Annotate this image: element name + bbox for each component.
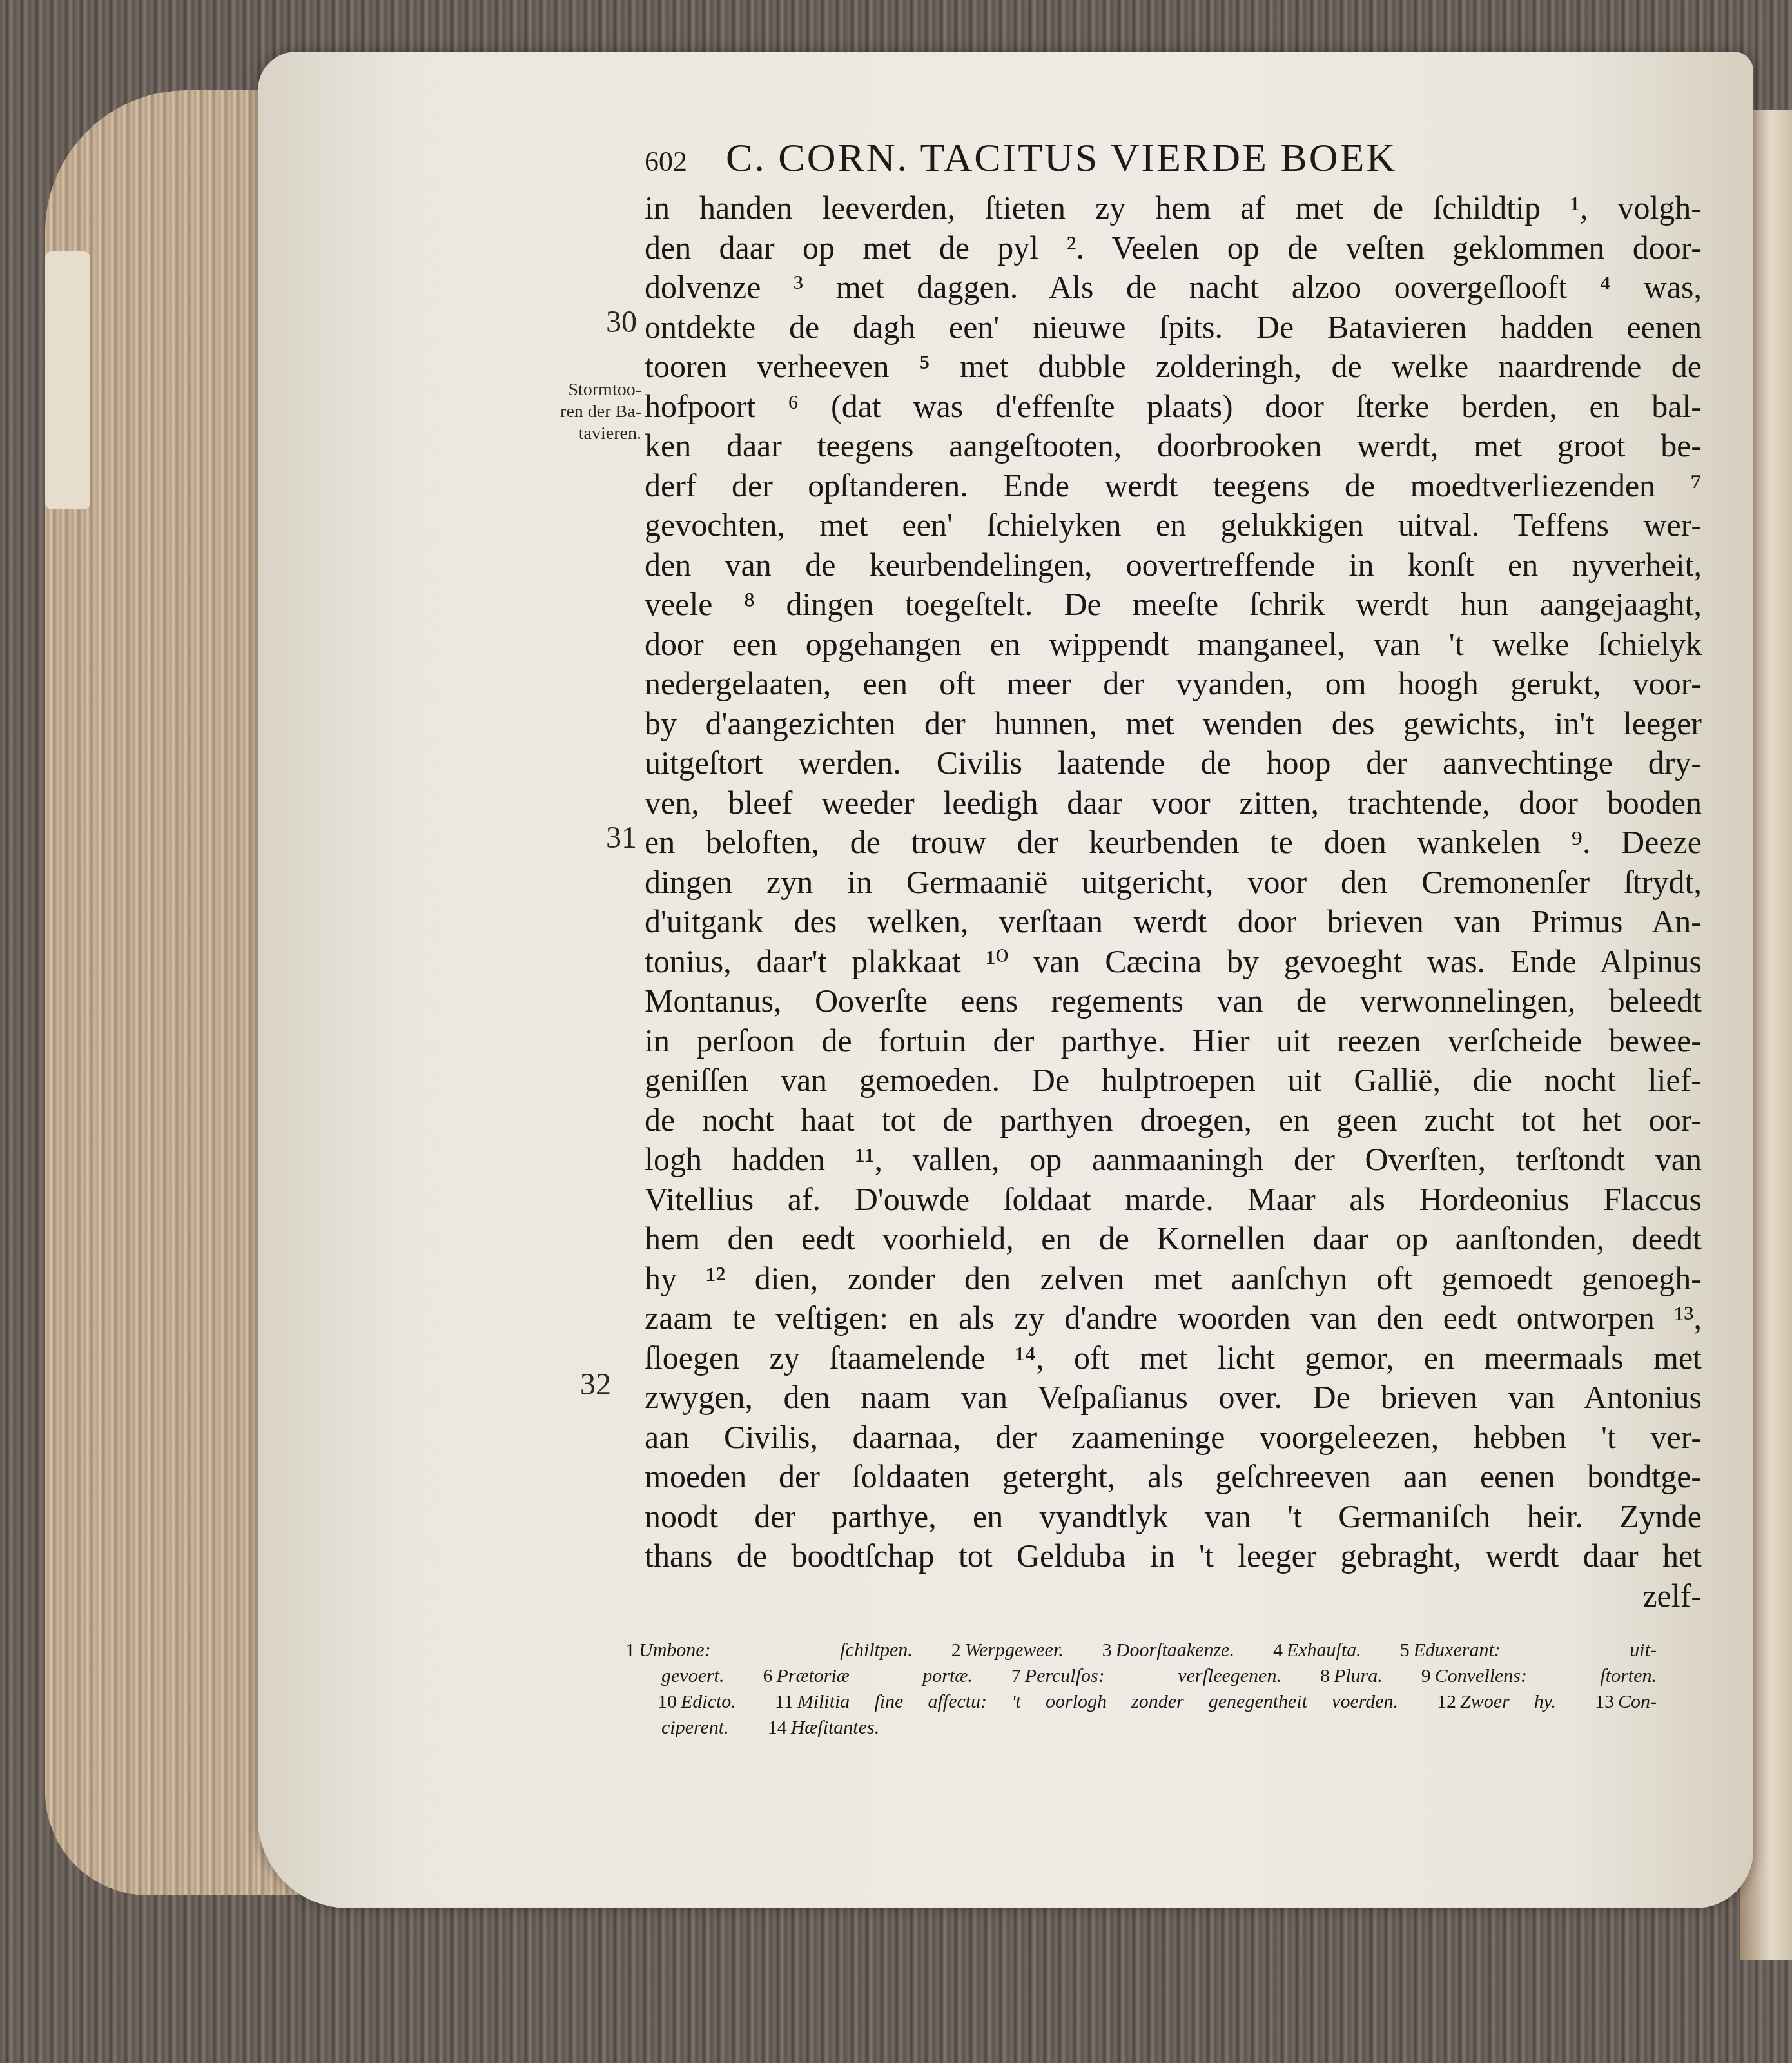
footnote: gevoert. [657,1665,724,1687]
running-head: 602 C. CORN. TACITUS VIERDE BOEK [645,135,1586,181]
marginal-note-line: tavieren. [522,423,641,445]
footnote-text: Plura. [1334,1665,1383,1687]
footnote-number: 12 [1437,1691,1456,1712]
footnote: 9Convellens: ſtorten. [1421,1665,1657,1687]
marginal-note-line: Stormtoo- [522,379,641,401]
footnote-text: Edicto. [681,1691,736,1712]
footnote-text: Militia ſine affectu: 't oorlogh zonder … [797,1691,1398,1712]
footnote-text: Prætoriæ portæ. [776,1665,972,1687]
text-line: Montanus, Ooverſte eens regements van de… [645,981,1702,1021]
footnote-number: 8 [1320,1665,1330,1687]
text-line: ken daar teegens aangeſtooten, doorbrook… [645,426,1702,466]
text-line: ven, bleef weeder leedigh daar voor zitt… [645,783,1702,823]
text-line: den van de keurbendelingen, oovertreffen… [645,545,1702,585]
footnote-line: gevoert.6Prætoriæ portæ.7Perculſos: verſ… [625,1663,1695,1689]
footnote-number: 9 [1421,1665,1431,1687]
text-line: door een opgehangen en wippendt manganee… [645,625,1702,665]
footnote-text: Exhauſta. [1287,1639,1361,1661]
text-line: veele ⁸ dingen toegeſtelt. De meeſte ſch… [645,585,1702,625]
marginal-note: Stormtoo- ren der Ba- tavieren. [522,379,641,445]
text-line: moeden der ſoldaaten geterght, als geſch… [645,1457,1702,1497]
text-line: aan Civilis, daarnaa, der zaameninge voo… [645,1418,1702,1458]
text-line: in perſoon de fortuin der parthye. Hier … [645,1021,1702,1061]
footnote: 12Zwoer hy. [1437,1691,1556,1712]
text-line: nedergelaaten, een oft meer der vyanden,… [645,664,1702,704]
footnote-number: 14 [768,1717,787,1738]
footnote-line: 10Edicto.11Militia ſine affectu: 't oorl… [625,1689,1695,1715]
text-line: ſloegen zy ſtaamelende ¹⁴, oft met licht… [645,1338,1702,1378]
footnote: 13Con- [1595,1691,1657,1712]
marginal-note-line: ren der Ba- [522,401,641,423]
footnote: 7Perculſos: verſleegenen. [1011,1665,1281,1687]
page-number: 602 [645,145,687,178]
footnote-line: 1Umbone: ſchiltpen.2Werpgeweer.3Doorſtaa… [625,1638,1695,1663]
footnote-number: 7 [1011,1665,1021,1687]
footnote-number: 2 [951,1639,961,1661]
text-line: Vitellius af. D'ouwde ſoldaat marde. Maa… [645,1180,1702,1220]
text-line: hem den eedt voorhield, en de Kornellen … [645,1219,1702,1259]
footnote-number: 5 [1400,1639,1410,1661]
text-line: tooren verheeven ⁵ met dubble zolderingh… [645,347,1702,387]
footnote-text: Umbone: ſchiltpen. [639,1639,913,1661]
section-number-31: 31 [606,820,637,856]
footnote: 6Prætoriæ portæ. [763,1665,972,1687]
text-line: tonius, daar't plakkaat ¹⁰ van Cæcina by… [645,942,1702,982]
text-line: de nocht haat tot de parthyen droegen, e… [645,1100,1702,1140]
text-line: hofpoort ⁶ (dat was d'effenſte plaats) d… [645,387,1702,427]
text-line: hy ¹² dien, zonder den zelven met aanſch… [645,1259,1702,1299]
text-line: thans de boodtſchap tot Gelduba in 't le… [645,1536,1702,1576]
text-line: den daar op met de pyl ². Veelen op de v… [645,228,1702,268]
body-text: in handen leeverden, ſtieten zy hem af m… [645,188,1702,1616]
footnote-text: Eduxerant: uit- [1414,1639,1657,1661]
footnote-text: Zwoer hy. [1460,1691,1556,1712]
footnote-number: 11 [775,1691,794,1712]
text-line: logh hadden ¹¹, vallen, op aanmaaningh d… [645,1140,1702,1180]
paper-tab [45,251,90,509]
footnote-number: 6 [763,1665,772,1687]
footnote-text: gevoert. [661,1665,724,1687]
footnote-text: Convellens: ſtorten. [1435,1665,1657,1687]
footnote: 5Eduxerant: uit- [1400,1639,1657,1661]
text-line: dingen zyn in Germaanië uitgericht, voor… [645,863,1702,903]
text-line: uitgeſtort werden. Civilis laatende de h… [645,743,1702,783]
footnote-text: Con- [1618,1691,1657,1712]
text-line: en beloften, de trouw der keurbenden te … [645,823,1702,863]
footnote-number: 4 [1273,1639,1283,1661]
text-line: d'uitgank des welken, verſtaan werdt doo… [645,902,1702,942]
text-line: zelf- [645,1576,1702,1616]
text-line: noodt der parthye, en vyandtlyk van 't G… [645,1497,1702,1537]
section-number-30: 30 [606,304,637,340]
footnote: ciperent. [657,1717,729,1738]
footnotes: 1Umbone: ſchiltpen.2Werpgeweer.3Doorſtaa… [625,1638,1695,1741]
text-line: geniſſen van gemoeden. De hulptroepen ui… [645,1061,1702,1100]
footnote-number: 10 [657,1691,677,1712]
footnote: 1Umbone: ſchiltpen. [625,1639,913,1661]
footnote-number: 1 [625,1639,635,1661]
footnote: 4Exhauſta. [1273,1639,1361,1661]
text-line: in handen leeverden, ſtieten zy hem af m… [645,188,1702,228]
footnote-text: Perculſos: verſleegenen. [1025,1665,1281,1687]
text-line: derf der opſtanderen. Ende werdt teegens… [645,466,1702,506]
footnote-line: ciperent.14Hæſitantes. [625,1715,1695,1741]
text-line: by d'aangezichten der hunnen, met wenden… [645,704,1702,744]
footnote: 14Hæſitantes. [768,1717,880,1738]
section-number-32: 32 [580,1367,611,1402]
running-title: C. CORN. TACITUS VIERDE BOEK [726,135,1397,181]
text-line: zaam te veſtigen: en als zy d'andre woor… [645,1298,1702,1338]
footnote: 8Plura. [1320,1665,1383,1687]
text-line: gevochten, met een' ſchielyken en gelukk… [645,505,1702,545]
text-line: ontdekte de dagh een' nieuwe ſpits. De B… [645,308,1702,347]
text-line: zwygen, den naam van Veſpaſianus over. D… [645,1378,1702,1418]
footnote-text: Doorſtaakenze. [1116,1639,1234,1661]
footnote: 3Doorſtaakenze. [1102,1639,1234,1661]
footnote: 11Militia ſine affectu: 't oorlogh zonde… [775,1691,1398,1712]
footnote-text: Hæſitantes. [791,1717,880,1738]
footnote-text: Werpgeweer. [965,1639,1064,1661]
footnote: 10Edicto. [657,1691,736,1712]
footnote: 2Werpgeweer. [951,1639,1064,1661]
text-line: dolvenze ³ met daggen. Als de nacht alzo… [645,268,1702,308]
footnote-number: 3 [1102,1639,1112,1661]
footnote-text: ciperent. [661,1717,729,1738]
footnote-number: 13 [1595,1691,1614,1712]
